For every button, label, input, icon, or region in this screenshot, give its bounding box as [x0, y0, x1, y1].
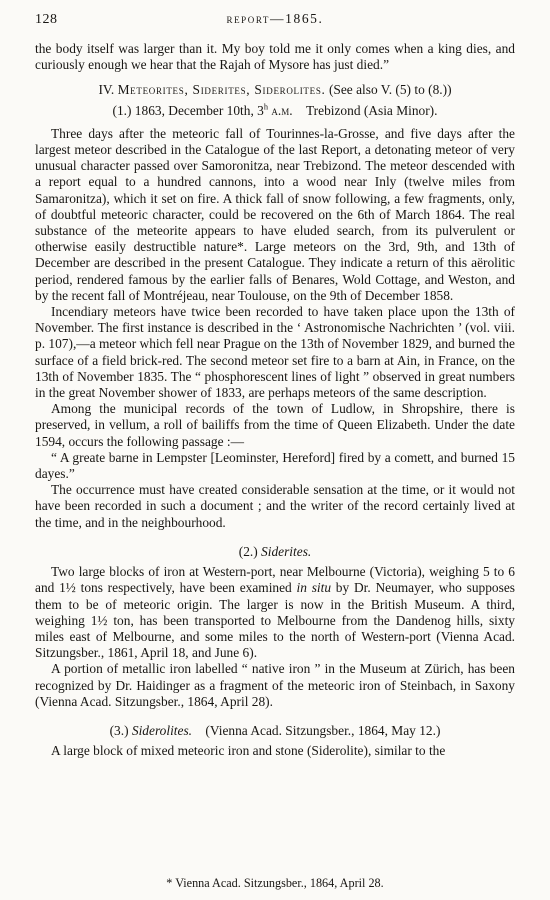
paragraph-trebizond: Three days after the meteoric fall of To… — [35, 126, 515, 304]
page-body: the body itself was larger than it. My b… — [35, 41, 515, 759]
section-heading-iv: IV. Meteorites, Siderites, Siderolites. … — [35, 82, 515, 98]
running-head: report—1865. — [105, 11, 445, 27]
scanned-book-page: 128 report—1865. the body itself was lar… — [0, 0, 550, 900]
section-2-title: Siderites. — [261, 544, 311, 559]
paragraph-ludlow: Among the municipal records of the town … — [35, 401, 515, 450]
section-heading-3: (3.) Siderolites. (Vienna Acad. Sitzungs… — [35, 723, 515, 739]
section-title: Meteorites, Siderites, Siderolites. — [118, 82, 326, 97]
section-3-reference: (Vienna Acad. Sitzungsber., 1864, May 12… — [192, 723, 440, 738]
section-3-number: (3.) — [110, 723, 132, 738]
section-see-also: (See also V. (5) to (8.)) — [326, 82, 452, 97]
paragraph-incendiary: Incendiary meteors have twice been recor… — [35, 304, 515, 401]
paragraph-iron-blocks: Two large blocks of iron at Western-port… — [35, 564, 515, 661]
page-number: 128 — [35, 12, 105, 28]
paragraph-quote: “ A greate barne in Lempster [Leominster… — [35, 450, 515, 482]
section-3-title: Siderolites. — [132, 723, 192, 738]
entry-1-date: (1.) 1863, December 10th, 3 — [113, 103, 264, 118]
footnote: * Vienna Acad. Sitzungsber., 1864, April… — [0, 876, 550, 891]
section-numeral: IV. — [98, 82, 117, 97]
paragraph-zurich: A portion of metallic iron labelled “ na… — [35, 661, 515, 710]
entry-1-place: Trebizond (Asia Minor). — [293, 103, 438, 118]
section-2-number: (2.) — [239, 544, 261, 559]
entry-1-meridiem: a.m. — [268, 103, 293, 118]
paragraph-continuation: the body itself was larger than it. My b… — [35, 41, 515, 73]
paragraph-occurrence: The occurrence must have created conside… — [35, 482, 515, 531]
page-header: 128 report—1865. — [35, 11, 515, 28]
paragraph-siderolite: A large block of mixed meteoric iron and… — [35, 743, 515, 759]
section-heading-2: (2.) Siderites. — [35, 544, 515, 560]
entry-heading-1: (1.) 1863, December 10th, 3h a.m. Trebiz… — [35, 103, 515, 119]
iron-blocks-in-situ: in situ — [297, 580, 332, 595]
